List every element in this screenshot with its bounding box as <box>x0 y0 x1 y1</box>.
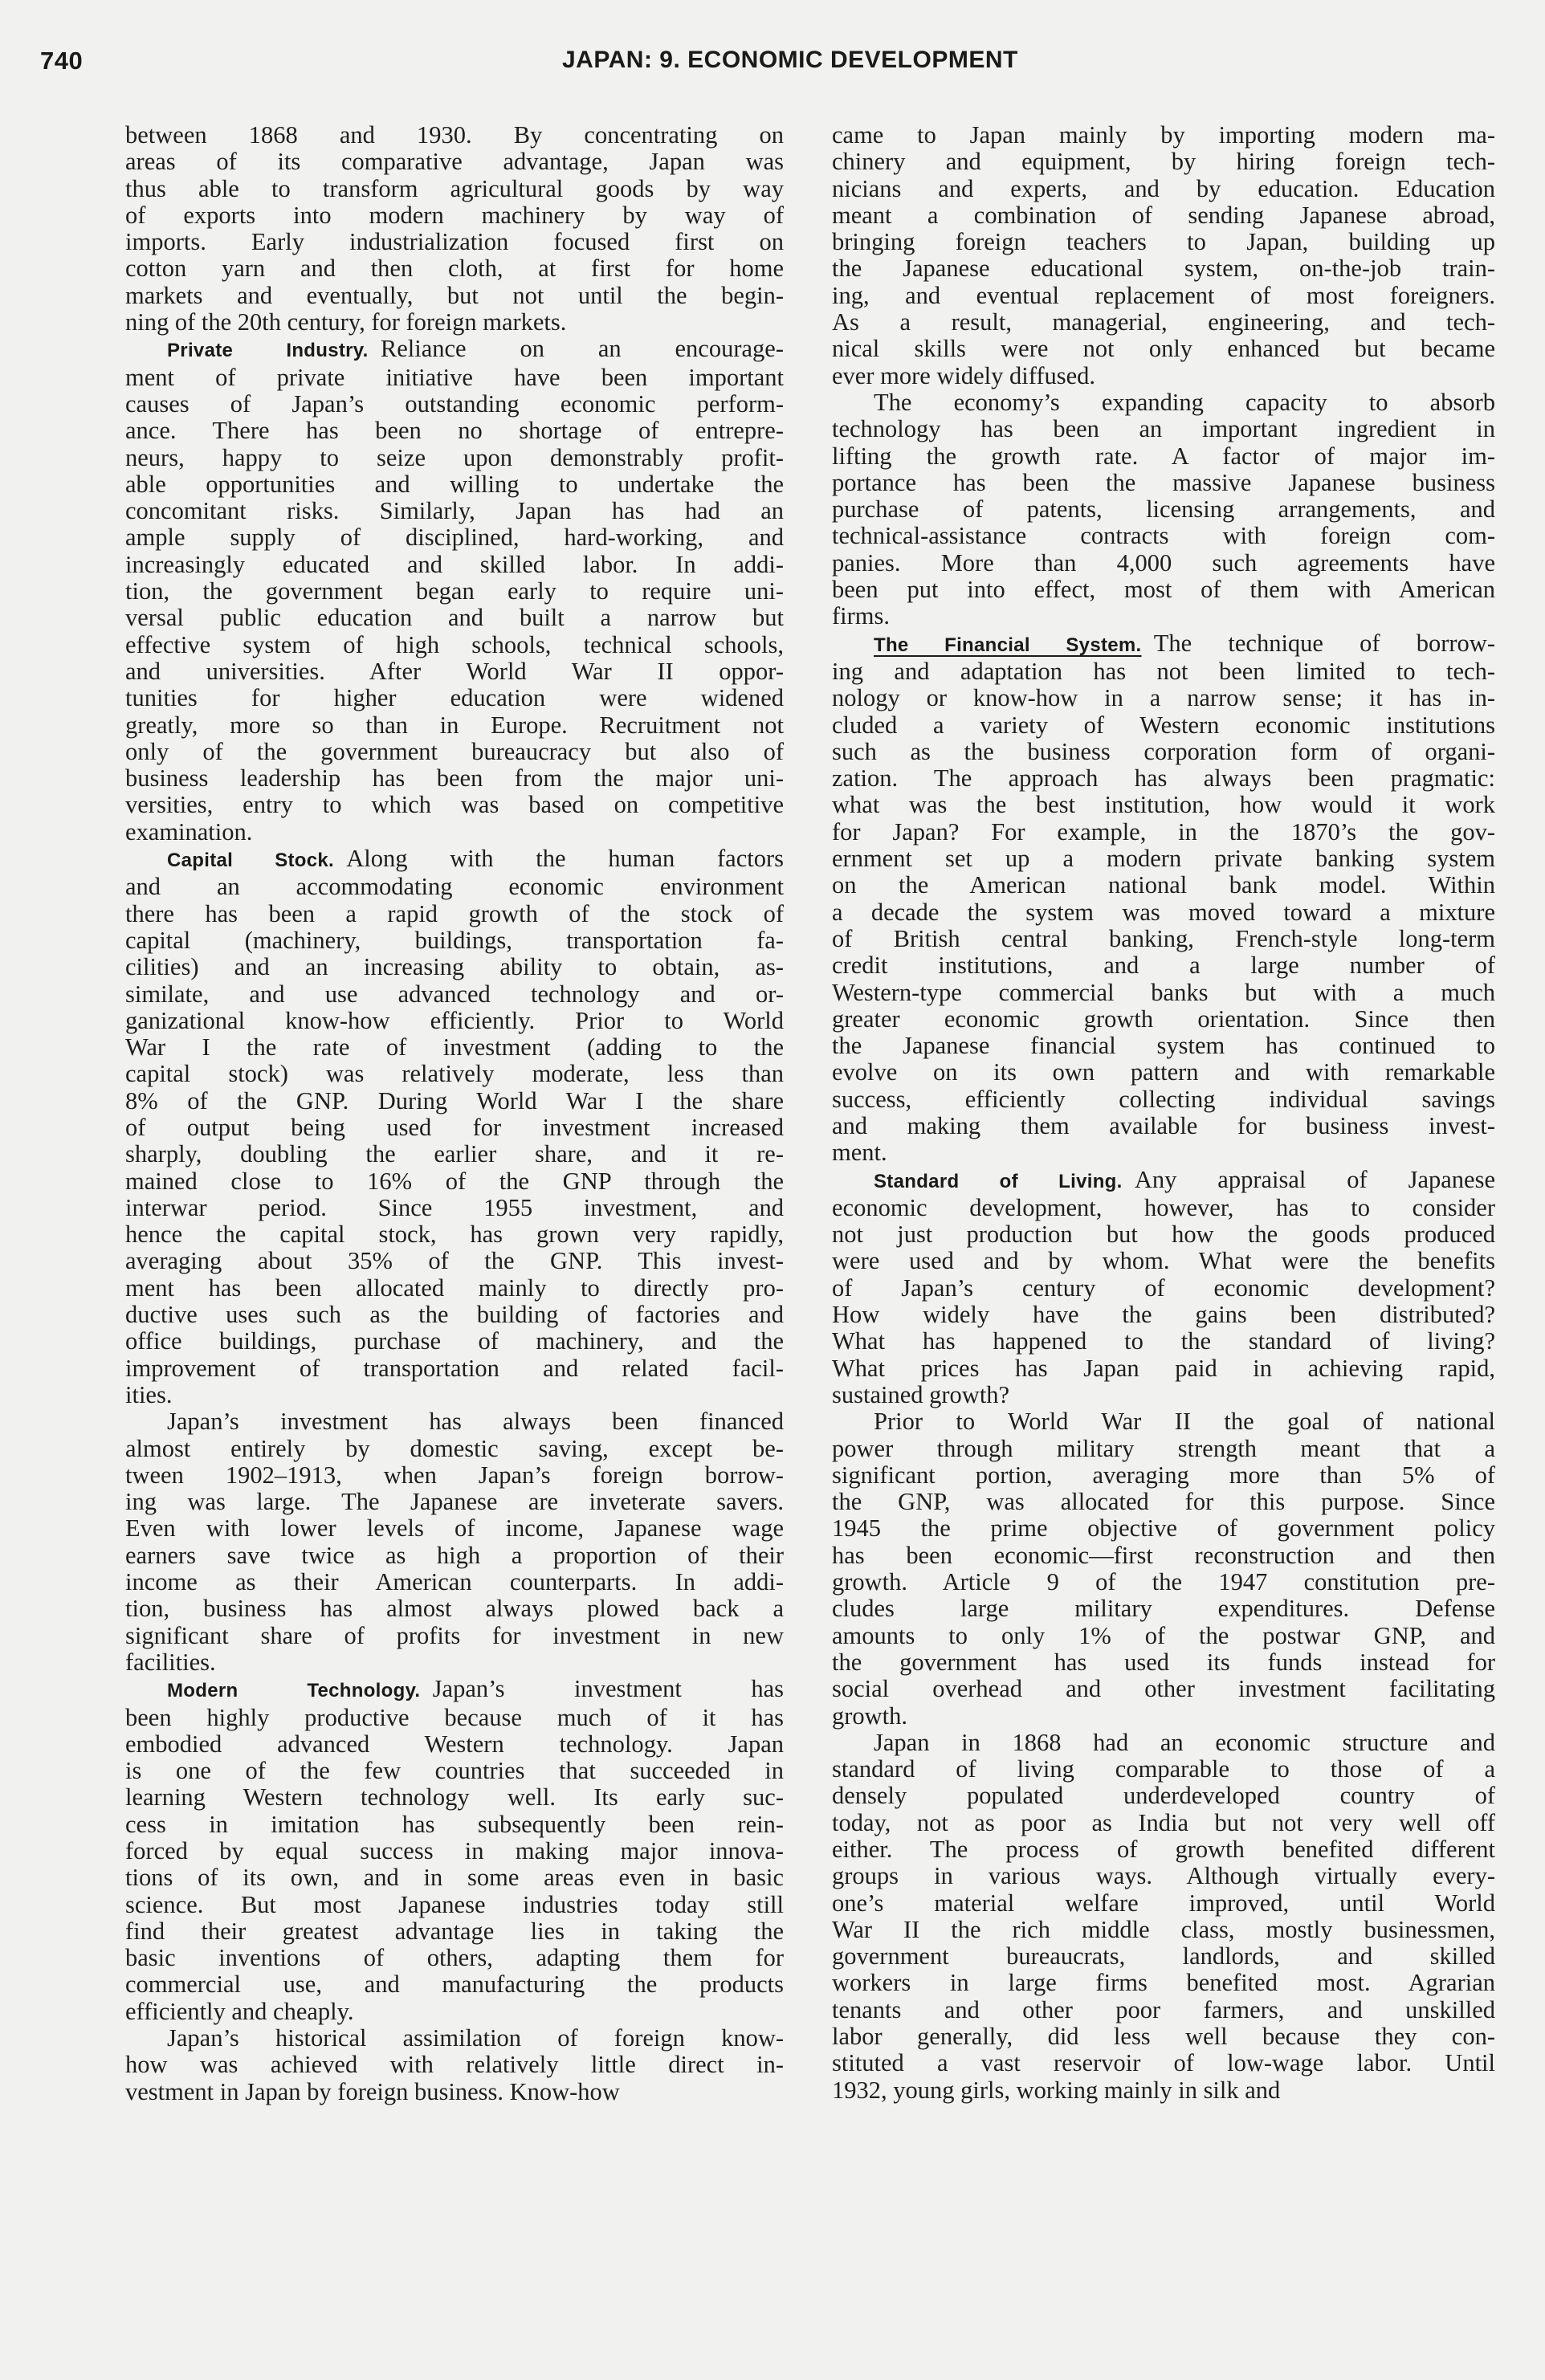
text-line: a decade the system was moved toward a m… <box>832 899 1495 926</box>
text-line: War II the rich middle class, mostly bus… <box>832 1917 1495 1943</box>
text-line: such as the business corporation form of… <box>832 739 1495 765</box>
text-line: War I the rate of investment (adding to … <box>125 1034 784 1061</box>
text-line: ample supply of disciplined, hard-workin… <box>125 524 784 551</box>
text-line: ernment set up a modern private banking … <box>832 846 1495 872</box>
text-line: commercial use, and manufacturing the pr… <box>125 1971 784 1998</box>
text-line: nology or know-how in a narrow sense; it… <box>832 685 1495 711</box>
paragraph: Japan in 1868 had an economic structure … <box>832 1730 1495 2104</box>
section-heading: Modern Technology. <box>167 1680 420 1701</box>
section-heading: Capital Stock. <box>167 850 334 871</box>
text-line: stituted a vast reservoir of low-wage la… <box>832 2050 1495 2076</box>
text-line: cess in imitation has subsequently been … <box>125 1811 784 1838</box>
text-line: ance. There has been no shortage of entr… <box>125 418 784 444</box>
text-line: success, efficiently collecting individu… <box>832 1086 1495 1113</box>
text-line: meant a combination of sending Japanese … <box>832 202 1495 229</box>
text-line: tions of its own, and in some areas even… <box>125 1864 784 1891</box>
section-lead-text: Japan’s investment has <box>420 1675 784 1702</box>
text-line: improvement of transportation and relate… <box>125 1355 784 1382</box>
text-line: how was achieved with relatively little … <box>125 2052 784 2078</box>
text-line: ment has been allocated mainly to direct… <box>125 1275 784 1302</box>
right-column: came to Japan mainly by importing modern… <box>832 122 1495 2104</box>
paragraph: The economy’s expanding capacity to abso… <box>832 389 1495 630</box>
text-line: cilities) and an increasing ability to o… <box>125 954 784 980</box>
text-line: government bureaucrats, landlords, and s… <box>832 1943 1495 1970</box>
text-line: what was the best institution, how would… <box>832 792 1495 818</box>
text-line: earners save twice as high a proportion … <box>125 1543 784 1569</box>
text-line: growth. Article 9 of the 1947 constituti… <box>832 1569 1495 1595</box>
text-line: tween 1902–1913, when Japan’s foreign bo… <box>125 1462 784 1489</box>
section-paragraph: Standard of Living. Any appraisal of Jap… <box>832 1167 1495 1409</box>
text-line: economic development, however, has to co… <box>832 1195 1495 1221</box>
text-line: almost entirely by domestic saving, exce… <box>125 1436 784 1462</box>
text-line: ductive uses such as the building of fac… <box>125 1302 784 1328</box>
text-line: causes of Japan’s outstanding economic p… <box>125 391 784 418</box>
text-line: technical-assistance contracts with fore… <box>832 523 1495 549</box>
section-paragraph: The Financial System. The technique of b… <box>832 630 1495 1167</box>
text-line: able opportunities and willing to undert… <box>125 471 784 498</box>
text-line: business leadership has been from the ma… <box>125 765 784 792</box>
text-line: of exports into modern machinery by way … <box>125 202 784 229</box>
text-line: tunities for higher education were widen… <box>125 685 784 711</box>
text-line: Modern Technology. Japan’s investment ha… <box>125 1676 784 1704</box>
text-line: the GNP, was allocated for this purpose.… <box>832 1489 1495 1515</box>
text-line: panies. More than 4,000 such agreements … <box>832 550 1495 577</box>
text-line: ment. <box>832 1139 1495 1166</box>
section-paragraph: Modern Technology. Japan’s investment ha… <box>125 1676 784 2025</box>
section-heading: The Financial System. <box>874 634 1142 656</box>
text-line: versities, entry to which was based on c… <box>125 792 784 818</box>
text-line: on the American national bank model. Wit… <box>832 872 1495 899</box>
text-line: either. The process of growth benefited … <box>832 1836 1495 1863</box>
text-line: the government has used its funds instea… <box>832 1649 1495 1676</box>
text-line: significant portion, averaging more than… <box>832 1462 1495 1489</box>
text-line: there has been a rapid growth of the sto… <box>125 901 784 927</box>
text-line: income as their American counterparts. I… <box>125 1569 784 1595</box>
section-lead-text: The technique of borrow- <box>1142 630 1495 657</box>
text-line: How widely have the gains been distribut… <box>832 1302 1495 1328</box>
text-line: vestment in Japan by foreign business. K… <box>125 2079 784 2105</box>
text-line: between 1868 and 1930. By concentrating … <box>125 122 784 149</box>
text-line: of output being used for investment incr… <box>125 1115 784 1141</box>
text-line: and universities. After World War II opp… <box>125 658 784 685</box>
text-line: As a result, managerial, engineering, an… <box>832 309 1495 336</box>
text-line: and making them available for business i… <box>832 1113 1495 1139</box>
text-line: office buildings, purchase of machinery,… <box>125 1328 784 1355</box>
text-line: groups in various ways. Although virtual… <box>832 1863 1495 1889</box>
text-line: efficiently and cheaply. <box>125 1999 784 2025</box>
text-line: only of the government bureaucracy but a… <box>125 739 784 765</box>
text-line: versal public education and built a narr… <box>125 605 784 631</box>
text-line: Western-type commercial banks but with a… <box>832 980 1495 1006</box>
text-line: What prices has Japan paid in achieving … <box>832 1355 1495 1382</box>
text-line: facilities. <box>125 1649 784 1676</box>
text-line: Japan in 1868 had an economic structure … <box>832 1730 1495 1756</box>
text-line: ing, and eventual replacement of most fo… <box>832 283 1495 309</box>
text-line: one’s material welfare improved, until W… <box>832 1890 1495 1917</box>
text-line: came to Japan mainly by importing modern… <box>832 122 1495 149</box>
text-line: forced by equal success in making major … <box>125 1838 784 1864</box>
text-line: today, not as poor as India but not very… <box>832 1810 1495 1836</box>
text-line: Even with lower levels of income, Japane… <box>125 1515 784 1542</box>
text-line: 1945 the prime objective of government p… <box>832 1515 1495 1542</box>
text-line: learning Western technology well. Its ea… <box>125 1784 784 1811</box>
text-line: capital (machinery, buildings, transport… <box>125 927 784 954</box>
section-lead-text: Along with the human factors <box>334 845 784 872</box>
section-lead-text: Reliance on an encourage- <box>369 335 784 362</box>
text-line: been put into effect, most of them with … <box>832 577 1495 603</box>
text-line: bringing foreign teachers to Japan, buil… <box>832 229 1495 255</box>
text-line: cluded a variety of Western economic ins… <box>832 712 1495 739</box>
text-line: areas of its comparative advantage, Japa… <box>125 149 784 175</box>
text-line: imports. Early industrialization focused… <box>125 229 784 255</box>
text-line: sustained growth? <box>832 1382 1495 1408</box>
text-line: significant share of profits for investm… <box>125 1623 784 1649</box>
text-line: lifting the growth rate. A factor of maj… <box>832 443 1495 470</box>
text-line: Capital Stock. Along with the human fact… <box>125 846 784 874</box>
text-line: nical skills were not only enhanced but … <box>832 336 1495 362</box>
text-line: The Financial System. The technique of b… <box>832 630 1495 658</box>
paragraph: Japan’s historical assimilation of forei… <box>125 2025 784 2105</box>
text-line: ment of private initiative have been imp… <box>125 365 784 391</box>
text-line: chinery and equipment, by hiring foreign… <box>832 149 1495 175</box>
text-line: labor generally, did less well because t… <box>832 2023 1495 2050</box>
text-line: purchase of patents, licensing arrangeme… <box>832 496 1495 523</box>
text-line: ities. <box>125 1382 784 1408</box>
text-line: effective system of high schools, techni… <box>125 632 784 658</box>
text-line: interwar period. Since 1955 investment, … <box>125 1195 784 1221</box>
text-line: Prior to World War II the goal of nation… <box>832 1408 1495 1435</box>
text-line: Japan’s investment has always been finan… <box>125 1408 784 1435</box>
text-line: technology has been an important ingredi… <box>832 416 1495 442</box>
text-line: were used and by whom. What were the ben… <box>832 1248 1495 1274</box>
text-line: not just production but how the goods pr… <box>832 1221 1495 1248</box>
text-line: ing was large. The Japanese are invetera… <box>125 1489 784 1515</box>
text-line: cludes large military expenditures. Defe… <box>832 1595 1495 1622</box>
text-line: averaging about 35% of the GNP. This inv… <box>125 1248 784 1274</box>
text-line: nicians and experts, and by education. E… <box>832 176 1495 202</box>
text-line: mained close to 16% of the GNP through t… <box>125 1168 784 1195</box>
text-line: of British central banking, French-style… <box>832 926 1495 952</box>
page-number: 740 <box>40 47 83 75</box>
text-line: standard of living comparable to those o… <box>832 1756 1495 1783</box>
text-line: embodied advanced Western technology. Ja… <box>125 1731 784 1758</box>
text-line: concomitant risks. Similarly, Japan has … <box>125 498 784 524</box>
text-line: of Japan’s century of economic developme… <box>832 1275 1495 1302</box>
text-line: science. But most Japanese industries to… <box>125 1892 784 1918</box>
text-line: capital stock) was relatively moderate, … <box>125 1061 784 1087</box>
text-line: tion, business has almost always plowed … <box>125 1595 784 1622</box>
page-header: 740 JAPAN: 9. ECONOMIC DEVELOPMENT <box>0 45 1545 85</box>
text-line: cotton yarn and then cloth, at first for… <box>125 255 784 282</box>
text-line: What has happened to the standard of liv… <box>832 1328 1495 1355</box>
text-line: densely populated underdeveloped country… <box>832 1783 1495 1809</box>
text-line: the Japanese financial system has contin… <box>832 1033 1495 1059</box>
text-line: tenants and other poor farmers, and unsk… <box>832 1997 1495 2023</box>
text-line: ever more widely diffused. <box>832 363 1495 389</box>
text-line: portance has been the massive Japanese b… <box>832 470 1495 496</box>
text-line: firms. <box>832 603 1495 630</box>
text-line: social overhead and other investment fac… <box>832 1676 1495 1702</box>
text-line: find their greatest advantage lies in ta… <box>125 1918 784 1945</box>
text-line: tion, the government began early to requ… <box>125 578 784 605</box>
text-line: thus able to transform agricultural good… <box>125 176 784 202</box>
text-line: 8% of the GNP. During World War I the sh… <box>125 1088 784 1115</box>
text-line: has been economic—first reconstruction a… <box>832 1543 1495 1569</box>
continued-paragraph: between 1868 and 1930. By concentrating … <box>125 122 784 336</box>
text-line: neurs, happy to seize upon demonstrably … <box>125 445 784 471</box>
text-line: ganizational know-how efficiently. Prior… <box>125 1008 784 1034</box>
continued-paragraph: came to Japan mainly by importing modern… <box>832 122 1495 389</box>
text-line: amounts to only 1% of the postwar GNP, a… <box>832 1623 1495 1649</box>
text-line: and an accommodating economic environmen… <box>125 874 784 900</box>
text-line: growth. <box>832 1703 1495 1730</box>
section-lead-text: Any appraisal of Japanese <box>1123 1166 1495 1193</box>
text-line: Private Industry. Reliance on an encoura… <box>125 336 784 364</box>
text-line: increasingly educated and skilled labor.… <box>125 552 784 578</box>
text-line: zation. The approach has always been pra… <box>832 765 1495 792</box>
text-line: been highly productive because much of i… <box>125 1705 784 1731</box>
text-line: Standard of Living. Any appraisal of Jap… <box>832 1167 1495 1195</box>
text-line: Japan’s historical assimilation of forei… <box>125 2025 784 2052</box>
text-line: sharply, doubling the earlier share, and… <box>125 1141 784 1168</box>
text-line: markets and eventually, but not until th… <box>125 283 784 309</box>
text-line: for Japan? For example, in the 1870’s th… <box>832 819 1495 846</box>
text-line: workers in large firms benefited most. A… <box>832 1970 1495 1996</box>
paragraph: Prior to World War II the goal of nation… <box>832 1408 1495 1730</box>
text-line: evolve on its own pattern and with remar… <box>832 1059 1495 1086</box>
text-line: credit institutions, and a large number … <box>832 952 1495 979</box>
text-line: ing and adaptation has not been limited … <box>832 658 1495 685</box>
section-paragraph: Capital Stock. Along with the human fact… <box>125 846 784 1408</box>
running-head: JAPAN: 9. ECONOMIC DEVELOPMENT <box>562 47 1018 74</box>
text-line: greatly, more so than in Europe. Recruit… <box>125 712 784 739</box>
text-line: similate, and use advanced technology an… <box>125 981 784 1008</box>
left-column: between 1868 and 1930. By concentrating … <box>125 122 784 2105</box>
section-paragraph: Private Industry. Reliance on an encoura… <box>125 336 784 846</box>
text-line: basic inventions of others, adapting the… <box>125 1945 784 1971</box>
section-heading: Standard of Living. <box>874 1171 1123 1192</box>
text-line: examination. <box>125 819 784 846</box>
text-line: is one of the few countries that succeed… <box>125 1758 784 1784</box>
text-line: the Japanese educational system, on-the-… <box>832 255 1495 282</box>
text-line: The economy’s expanding capacity to abso… <box>832 389 1495 416</box>
text-line: ning of the 20th century, for foreign ma… <box>125 309 784 336</box>
section-heading: Private Industry. <box>167 340 369 361</box>
text-line: 1932, young girls, working mainly in sil… <box>832 2077 1495 2104</box>
text-line: hence the capital stock, has grown very … <box>125 1221 784 1248</box>
text-line: power through military strength meant th… <box>832 1436 1495 1462</box>
paragraph: Japan’s investment has always been finan… <box>125 1408 784 1676</box>
text-line: greater economic growth orientation. Sin… <box>832 1006 1495 1033</box>
